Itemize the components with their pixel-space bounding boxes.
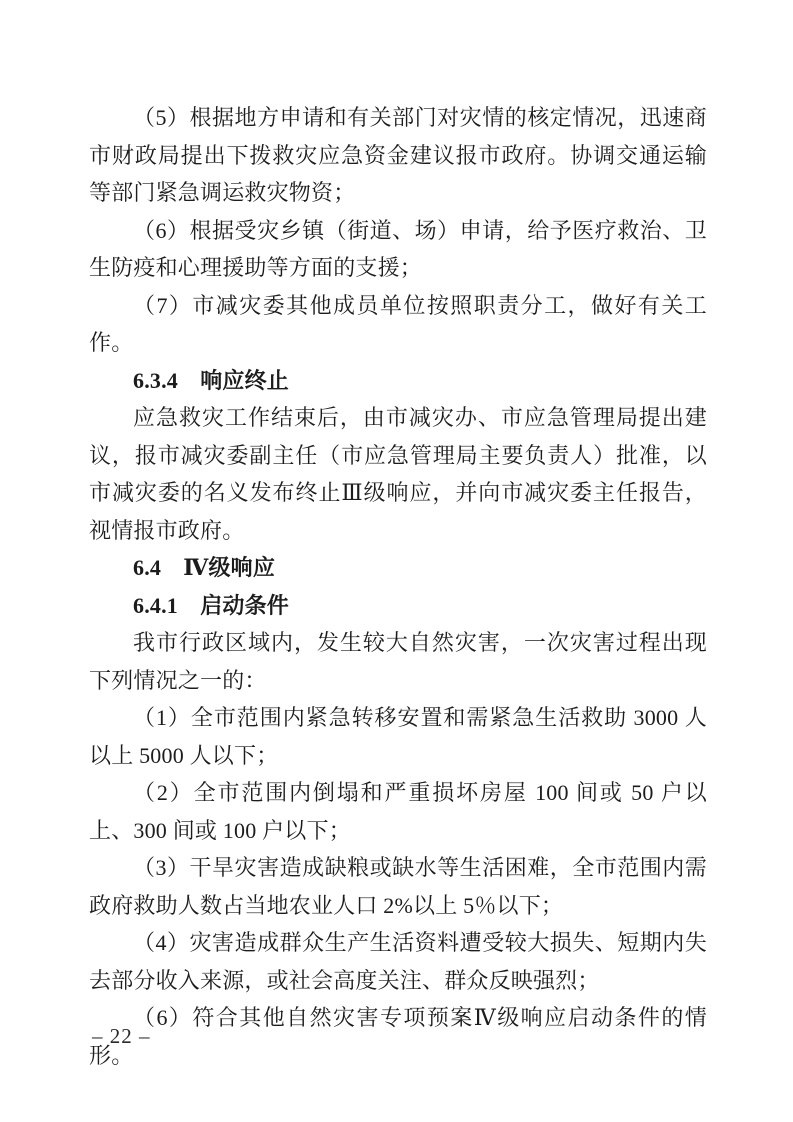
para-activation-intro: 我市行政区域内，发生较大自然灾害，一次灾害过程出现下列情况之一的： <box>89 624 707 699</box>
document-content: （5）根据地方申请和有关部门对灾情的核定情况，迅速商市财政局提出下拨救灾应急资金… <box>89 99 707 1074</box>
document-page: （5）根据地方申请和有关部门对灾情的核定情况，迅速商市财政局提出下拨救灾应急资金… <box>0 0 793 1122</box>
heading-6-3-4-response-termination: 6.3.4 响应终止 <box>89 362 707 400</box>
clause-7: （7）市减灾委其他成员单位按照职责分工，做好有关工作。 <box>89 287 707 362</box>
condition-1: （1）全市范围内紧急转移安置和需紧急生活救助 3000 人以上 5000 人以下… <box>89 699 707 774</box>
page-number: – 22 – <box>92 1022 151 1050</box>
clause-5: （5）根据地方申请和有关部门对灾情的核定情况，迅速商市财政局提出下拨救灾应急资金… <box>89 99 707 212</box>
heading-6-4-1-activation-conditions: 6.4.1 启动条件 <box>89 587 707 625</box>
condition-3: （3）干旱灾害造成缺粮或缺水等生活困难，全市范围内需政府救助人数占当地农业人口 … <box>89 849 707 924</box>
para-response-termination: 应急救灾工作结束后，由市减灾办、市应急管理局提出建议，报市减灾委副主任（市应急管… <box>89 399 707 549</box>
condition-6: （6）符合其他自然灾害专项预案Ⅳ级响应启动条件的情形。 <box>89 999 707 1074</box>
heading-6-4-level-iv-response: 6.4 Ⅳ级响应 <box>89 549 707 587</box>
clause-6: （6）根据受灾乡镇（街道、场）申请，给予医疗救治、卫生防疫和心理援助等方面的支援… <box>89 212 707 287</box>
condition-2: （2）全市范围内倒塌和严重损坏房屋 100 间或 50 户以上、300 间或 1… <box>89 774 707 849</box>
condition-4: （4）灾害造成群众生产生活资料遭受较大损失、短期内失去部分收入来源，或社会高度关… <box>89 924 707 999</box>
